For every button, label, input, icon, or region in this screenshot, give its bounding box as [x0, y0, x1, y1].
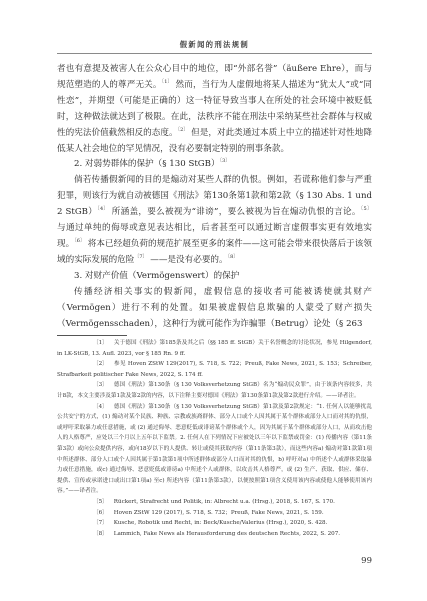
paragraph-1: 者也有意提及被害人在公众心目中的地位，即“外部名誉”（äußere Ehre），… — [57, 62, 372, 157]
footnote-ref-7[interactable]: 〔7〕 — [134, 254, 147, 260]
footnote-6: 〔6〕Hoven ZStW 129 (2017), S. 718, S. 732… — [57, 508, 372, 519]
footnote-4: 〔4〕德国《刑法》第130条（§ 130 Volksverhetzung StG… — [57, 402, 372, 497]
header-rule — [57, 53, 372, 54]
page-number: 99 — [350, 556, 372, 566]
text-segment: ——是没有必要的。 — [148, 255, 228, 265]
footnote-ref-8[interactable]: 〔8〕 — [228, 254, 239, 260]
footnote-number: 〔5〕 — [75, 497, 108, 508]
footnote-number: 〔1〕 — [75, 338, 108, 349]
footnote-3: 〔3〕德国《刑法》第130条（§ 130 Volksverhetzung StG… — [57, 380, 372, 401]
footnote-number: 〔7〕 — [75, 518, 108, 529]
section-heading-3: 3. 对财产价值（Vermögenswert）的保护 — [57, 269, 372, 285]
footnote-separator — [57, 335, 127, 336]
footnote-text: Kusche, Robotik und Recht, in: Beck/Kusc… — [114, 520, 328, 526]
footnote-2: 〔2〕参见 Hoven ZStW 129(2017), S. 718, S. 7… — [57, 359, 372, 380]
text-segment: 所涵盖，要么被视为“诽谤”，要么被视为旨在煽动仇恨的言论。 — [109, 207, 361, 217]
footnote-8: 〔8〕Lammich, Fake News als Herausforderun… — [57, 529, 372, 540]
text-segment: 传播经济相关事实的假新闻，虚假信息的接收者可能被诱使就其财产（Vermögen）… — [57, 287, 372, 329]
footnote-number: 〔6〕 — [75, 508, 108, 519]
footnote-ref-2[interactable]: 〔2〕 — [178, 127, 189, 133]
section-heading-text: 2. 对弱势群体的保护（§ 130 StGB） — [74, 159, 220, 169]
footnote-text: 德国《刑法》第130条（§ 130 Volksverhetzung StGB）第… — [57, 404, 372, 495]
paragraph-3: 传播经济相关事实的假新闻，虚假信息的接收者可能被诱使就其财产（Vermögen）… — [57, 285, 372, 333]
footnote-number: 〔4〕 — [75, 402, 108, 413]
footnotes: 〔1〕关于德国《刑法》第185条及其之后（§§ 185 ff. StGB）关于名… — [57, 338, 372, 539]
footnote-1: 〔1〕关于德国《刑法》第185条及其之后（§§ 185 ff. StGB）关于名… — [57, 338, 372, 359]
footnote-ref-4[interactable]: 〔4〕 — [97, 206, 109, 212]
footnote-number: 〔2〕 — [75, 359, 108, 370]
footnote-7: 〔7〕Kusche, Robotik und Recht, in: Beck/K… — [57, 518, 372, 529]
footnote-ref-6[interactable]: 〔6〕 — [74, 238, 85, 244]
footnote-ref-1[interactable]: 〔1〕 — [162, 79, 173, 85]
footnote-number: 〔8〕 — [75, 529, 108, 540]
footnote-5: 〔5〕Rückert, Strafrecht und Politik, in: … — [57, 497, 372, 508]
paragraph-2: 倘若传播假新闻的目的是煽动对某些人群的仇恨。例如，若谎称他们参与严重犯罪，则该行… — [57, 173, 372, 268]
footnote-number: 〔3〕 — [75, 380, 108, 391]
footnote-text: Lammich, Fake News als Herausforderung d… — [114, 531, 340, 537]
document-page: 假新闻的刑法规制 者也有意提及被害人在公众心目中的地位，即“外部名誉”（äuße… — [57, 0, 372, 601]
footnote-ref-3[interactable]: 〔3〕 — [220, 158, 231, 164]
running-title: 假新闻的刑法规制 — [57, 40, 372, 50]
section-heading-2: 2. 对弱势群体的保护（§ 130 StGB）〔3〕 — [57, 157, 372, 173]
body-text: 者也有意提及被害人在公众心目中的地位，即“外部名誉”（äußere Ehre），… — [57, 62, 372, 332]
footnote-text: Rückert, Strafrecht und Politik, in: Alb… — [114, 499, 335, 505]
footnote-ref-5[interactable]: 〔5〕 — [361, 206, 372, 212]
footnote-text: Hoven ZStW 129 (2017), S. 718, S. 732；Pr… — [114, 510, 324, 516]
